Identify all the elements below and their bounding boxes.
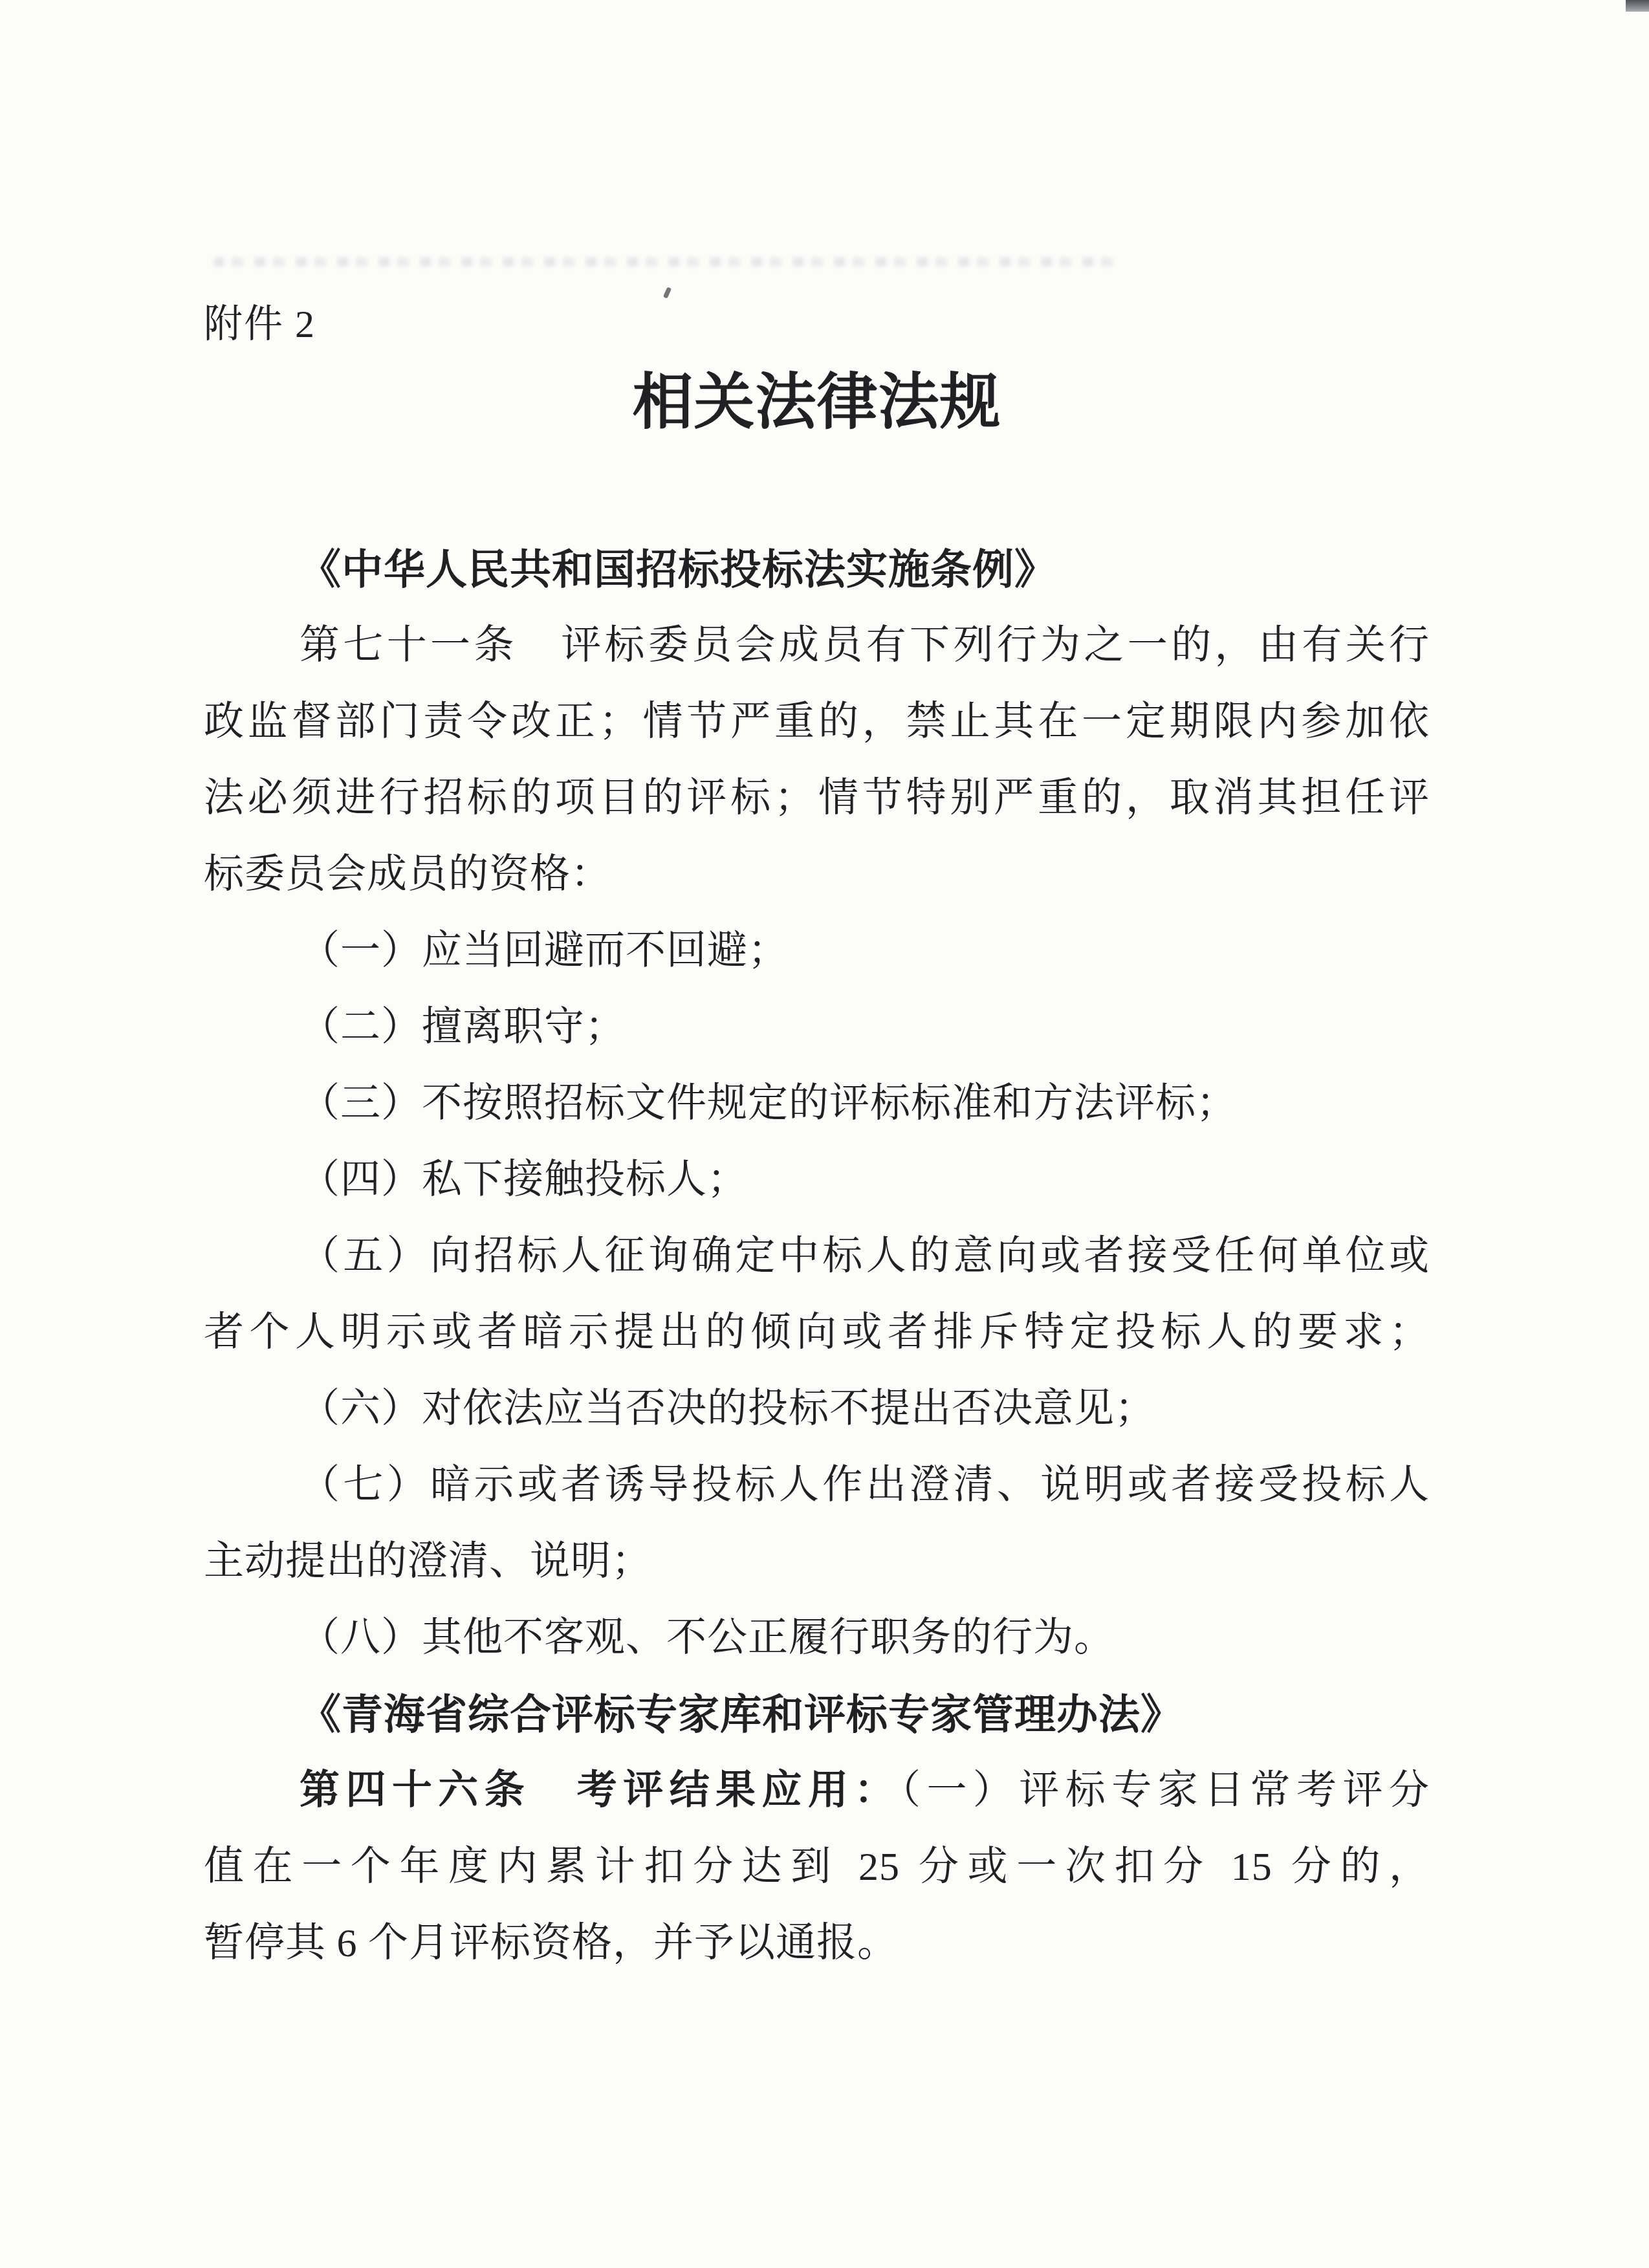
article-46-line-2: 值在一个年度内累计扣分达到 25 分或一次扣分 15 分的， bbox=[204, 1829, 1430, 1905]
article-71-line-2: 政监督部门责令改正；情节严重的，禁止其在一定期限内参加依 bbox=[204, 684, 1430, 760]
item-3: （三）不按照招标文件规定的评标标准和方法评标； bbox=[204, 1065, 1430, 1142]
item-1: （一）应当回避而不回避； bbox=[204, 913, 1430, 989]
article-71-line-1: 第七十一条 评标委员会成员有下列行为之一的，由有关行 bbox=[204, 607, 1430, 684]
item-4: （四）私下接触投标人； bbox=[204, 1142, 1430, 1218]
item-5-line-1: （五）向招标人征询确定中标人的意向或者接受任何单位或 bbox=[204, 1218, 1430, 1294]
scanner-corner-artifact bbox=[1626, 0, 1649, 12]
article-46-bold-segment: 第四十六条 考评结果应用： bbox=[300, 1769, 901, 1813]
item-6: （六）对依法应当否决的投标不提出否决意见； bbox=[204, 1371, 1430, 1447]
attachment-label: 附件 2 bbox=[204, 303, 1430, 345]
law-heading-qinghai: 《青海省综合评标专家库和评标专家管理办法》 bbox=[204, 1676, 1430, 1752]
article-46-line-1: 第四十六条 考评结果应用：（一）评标专家日常考评分 bbox=[204, 1752, 1430, 1829]
document-content: 附件 2 相关法律法规 《中华人民共和国招标投标法实施条例》 第七十一条 评标委… bbox=[204, 0, 1430, 1981]
law-heading-regulations: 《中华人民共和国招标投标法实施条例》 bbox=[204, 531, 1430, 607]
page-title: 相关法律法规 bbox=[204, 364, 1430, 442]
scanned-document-page: 附件 2 相关法律法规 《中华人民共和国招标投标法实施条例》 第七十一条 评标委… bbox=[0, 0, 1649, 2268]
item-5-line-2: 者个人明示或者暗示提出的倾向或者排斥特定投标人的要求； bbox=[204, 1294, 1430, 1371]
document-body: 《中华人民共和国招标投标法实施条例》 第七十一条 评标委员会成员有下列行为之一的… bbox=[204, 531, 1430, 1981]
article-71-line-3: 法必须进行招标的项目的评标；情节特别严重的，取消其担任评 bbox=[204, 760, 1430, 836]
article-46-regular-segment: （一）评标专家日常考评分 bbox=[901, 1769, 1430, 1813]
article-71-line-4: 标委员会成员的资格： bbox=[204, 836, 1430, 913]
item-7-line-1: （七）暗示或者诱导投标人作出澄清、说明或者接受投标人 bbox=[204, 1447, 1430, 1523]
item-7-line-2: 主动提出的澄清、说明； bbox=[204, 1523, 1430, 1600]
article-46-line-3: 暂停其 6 个月评标资格，并予以通报。 bbox=[204, 1905, 1430, 1981]
item-8: （八）其他不客观、不公正履行职务的行为。 bbox=[204, 1600, 1430, 1676]
item-2: （二）擅离职守； bbox=[204, 989, 1430, 1065]
